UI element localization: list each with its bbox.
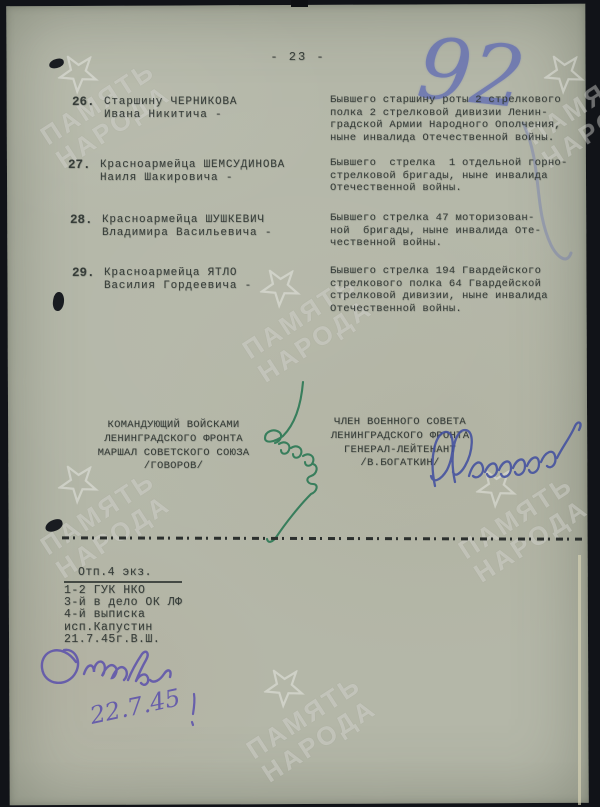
entry-description: Бывшего стрелка 194 Гвардейского стрелко… bbox=[330, 265, 548, 315]
copies-note-underline bbox=[64, 581, 182, 583]
entry-description: Бывшего старшину роты 2 стрелкового полк… bbox=[330, 94, 561, 144]
handwritten-exclamation-stroke bbox=[192, 694, 194, 725]
bogatkin-ink-signature bbox=[425, 418, 585, 513]
entry-name: Красноармейца ШЕМСУДИНОВА Наиля Шакирови… bbox=[100, 159, 285, 185]
entry-number: 26. bbox=[72, 95, 95, 109]
entry-name: Красноармейца ШУШКЕВИЧ Владимира Василье… bbox=[102, 214, 272, 240]
entry-number: 27. bbox=[68, 158, 91, 172]
commander-signature-block: КОМАНДУЮЩИЙ ВОЙСКАМИ ЛЕНИНГРАДСКОГО ФРОН… bbox=[86, 419, 261, 474]
handwritten-date: 22.7.45 bbox=[86, 683, 182, 730]
page-number: - 23 - bbox=[258, 50, 338, 64]
entry-number: 28. bbox=[70, 213, 93, 227]
entry-name: Красноармейца ЯТЛО Василия Гордеевича - bbox=[104, 267, 252, 293]
govorov-ink-signature bbox=[255, 378, 355, 553]
scan-edge-notch bbox=[291, 0, 308, 7]
entry-number: 29. bbox=[72, 266, 95, 280]
copies-note: Отп.4 экз. bbox=[78, 566, 152, 579]
scanned-document-page: ПАМЯТЬ НАРОДА ПАМЯТЬ НАРОДА ПАМЯТЬ НАРОД… bbox=[0, 0, 600, 807]
entry-description: Бывшего стрелка 47 моторизован- ной бриг… bbox=[330, 212, 541, 250]
clerk-ink-signature: 22.7.45 bbox=[32, 636, 222, 741]
scan-edge-highlight bbox=[578, 555, 581, 805]
entry-name: Старшину ЧЕРНИКОВА Ивана Никитича - bbox=[104, 96, 237, 122]
entry-description: Бывшего стрелка 1 отдельной горно- стрел… bbox=[330, 157, 568, 195]
